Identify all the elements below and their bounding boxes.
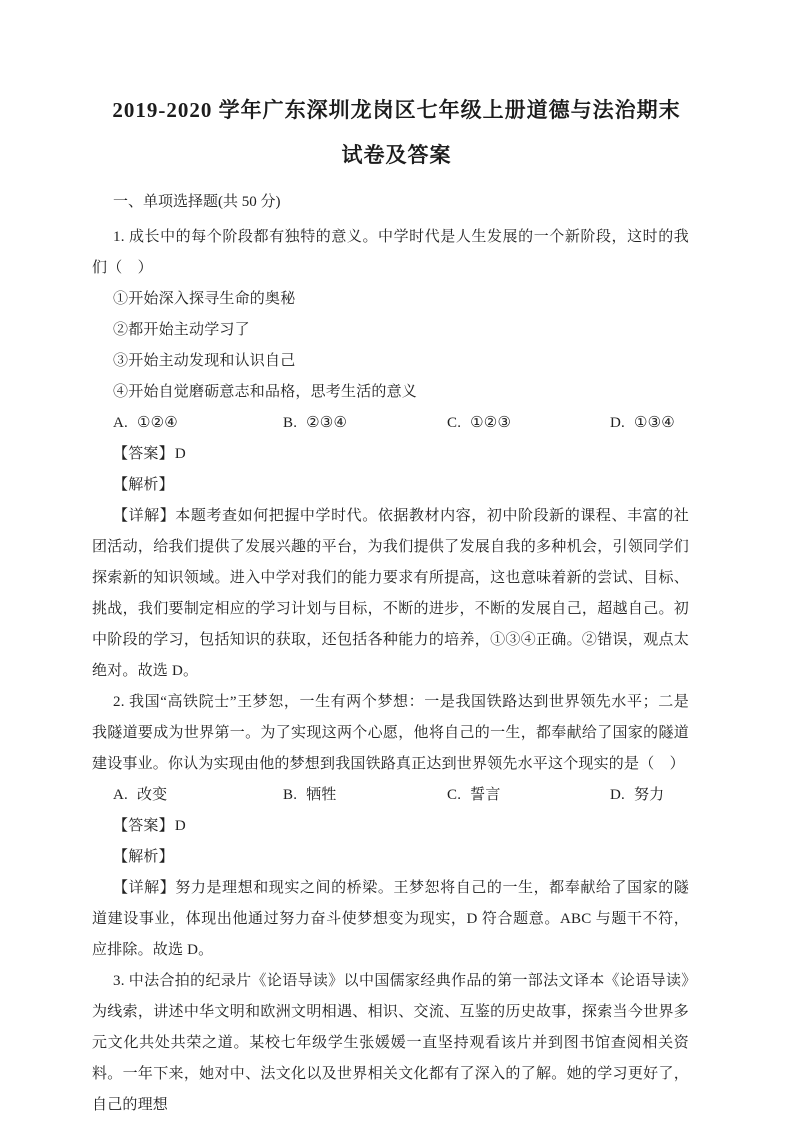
- option-text: 誓言: [470, 787, 500, 803]
- document-body: 1. 成长中的每个阶段都有独特的意义。中学时代是人生发展的一个新阶段，这时的我们…: [92, 222, 689, 1121]
- option-text: ①②③: [470, 415, 511, 431]
- question-1-option-b: B.②③④: [283, 408, 447, 439]
- answer-tag: 【答案】: [113, 446, 174, 462]
- question-1-statement-4: ④开始自觉磨砺意志和品格，思考生活的意义: [92, 377, 689, 408]
- option-text: 牺牲: [306, 787, 336, 803]
- option-text: ①③④: [634, 415, 675, 431]
- question-1-detail: 【详解】本题考查如何把握中学时代。依据教材内容，初中阶段新的课程、丰富的社团活动…: [92, 501, 689, 687]
- option-text: 改变: [137, 787, 167, 803]
- question-2: 2. 我国“高铁院士”王梦恕，一生有两个梦想：一是我国铁路达到世界领先水平；二是…: [92, 687, 689, 966]
- question-2-analysis-tag: 【解析】: [92, 842, 689, 873]
- question-1-analysis-tag: 【解析】: [92, 470, 689, 501]
- question-1-answer-line: 【答案】D: [92, 439, 689, 470]
- question-1-statement-2: ②都开始主动学习了: [92, 315, 689, 346]
- answer-value: D: [175, 446, 186, 462]
- question-3: 3. 中法合拍的纪录片《论语导读》以中国儒家经典作品的第一部法文译本《论语导读》…: [92, 966, 689, 1121]
- option-label: C.: [447, 787, 461, 803]
- option-label: D.: [610, 787, 625, 803]
- question-2-option-b: B.牺牲: [283, 780, 447, 811]
- option-label: D.: [610, 415, 625, 431]
- question-2-answer-line: 【答案】D: [92, 811, 689, 842]
- question-2-stem: 2. 我国“高铁院士”王梦恕，一生有两个梦想：一是我国铁路达到世界领先水平；二是…: [92, 687, 689, 780]
- question-1-option-a: A.①②④: [113, 408, 283, 439]
- option-text: ①②④: [137, 415, 178, 431]
- question-1-stem: 1. 成长中的每个阶段都有独特的意义。中学时代是人生发展的一个新阶段，这时的我们…: [92, 222, 689, 284]
- option-text: 努力: [634, 787, 664, 803]
- document-page: 2019-2020 学年广东深圳龙岗区七年级上册道德与法治期末 试卷及答案 一、…: [0, 0, 793, 1122]
- section-heading: 一、单项选择题(共 50 分): [92, 190, 793, 214]
- question-2-option-c: C.誓言: [447, 780, 610, 811]
- title-line-2: 试卷及答案: [40, 133, 753, 178]
- question-2-option-d: D.努力: [610, 780, 664, 811]
- document-title: 2019-2020 学年广东深圳龙岗区七年级上册道德与法治期末 试卷及答案: [40, 88, 753, 178]
- answer-tag: 【答案】: [113, 818, 174, 834]
- question-1-option-d: D.①③④: [610, 408, 675, 439]
- option-label: A.: [113, 787, 128, 803]
- question-1: 1. 成长中的每个阶段都有独特的意义。中学时代是人生发展的一个新阶段，这时的我们…: [92, 222, 689, 687]
- option-label: B.: [283, 415, 297, 431]
- question-1-option-c: C.①②③: [447, 408, 610, 439]
- question-3-stem: 3. 中法合拍的纪录片《论语导读》以中国儒家经典作品的第一部法文译本《论语导读》…: [92, 966, 689, 1121]
- option-label: C.: [447, 415, 461, 431]
- title-line-1: 2019-2020 学年广东深圳龙岗区七年级上册道德与法治期末: [40, 88, 753, 133]
- question-1-options: A.①②④ B.②③④ C.①②③ D.①③④: [92, 408, 689, 439]
- option-label: B.: [283, 787, 297, 803]
- question-2-option-a: A.改变: [113, 780, 283, 811]
- question-1-statement-1: ①开始深入探寻生命的奥秘: [92, 284, 689, 315]
- question-2-options: A.改变 B.牺牲 C.誓言 D.努力: [92, 780, 689, 811]
- question-2-detail: 【详解】努力是理想和现实之间的桥梁。王梦恕将自己的一生，都奉献给了国家的隧道建设…: [92, 873, 689, 966]
- option-text: ②③④: [306, 415, 347, 431]
- answer-value: D: [175, 818, 186, 834]
- question-1-statement-3: ③开始主动发现和认识自己: [92, 346, 689, 377]
- option-label: A.: [113, 415, 128, 431]
